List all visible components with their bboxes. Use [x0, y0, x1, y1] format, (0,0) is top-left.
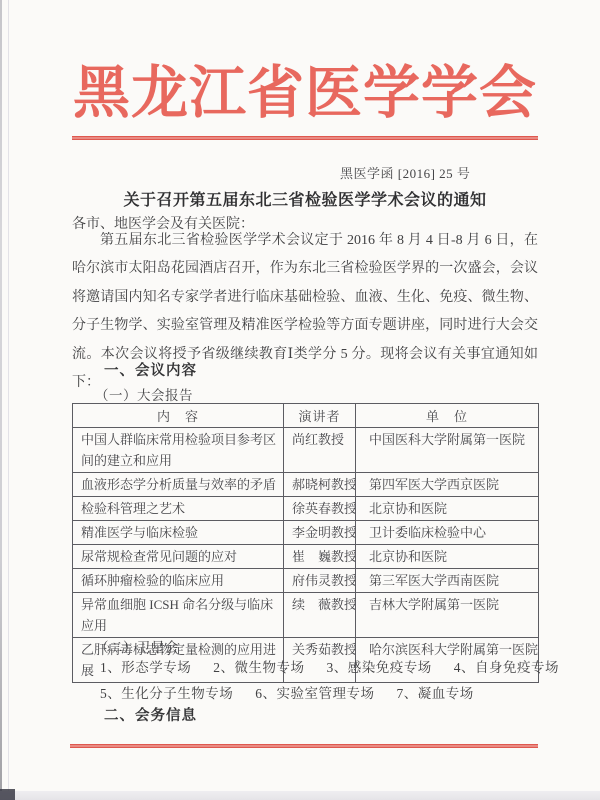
topic-cell: 检验科管理之艺术 [73, 497, 284, 521]
speaker-cell: 崔 巍教授 [284, 545, 356, 569]
scanned-document-page: 黑龙江省医学学会 黑医学函 [2016] 25 号 关于召开第五届东北三省检验医… [0, 0, 600, 800]
affiliation-cell: 北京协和医院 [356, 497, 539, 521]
table-row: 血液形态学分析质量与效率的矛盾郝晓柯教授第四军医大学西京医院 [73, 473, 539, 497]
table-row: 精准医学与临床检验李金明教授卫计委临床检验中心 [73, 521, 539, 545]
affiliation-cell: 第三军医大学西南医院 [356, 569, 539, 593]
table-row: 循环肿瘤检验的临床应用府伟灵教授第三军医大学西南医院 [73, 569, 539, 593]
topic-cell: 中国人群临床常用检验项目参考区间的建立和应用 [73, 428, 284, 473]
satellite-lines: 1、形态学专场2、微生物专场3、感染免疫专场4、自身免疫专场5、生化分子生物专场… [100, 655, 560, 706]
table-row: 中国人群临床常用检验项目参考区间的建立和应用尚红教授中国医科大学附属第一医院 [73, 428, 539, 473]
scan-edge-left [0, 0, 2, 800]
table-row: 检验科管理之艺术徐英春教授北京协和医院 [73, 497, 539, 521]
satellite-heading: （二）卫星会 [95, 636, 179, 656]
affiliation-cell: 北京协和医院 [356, 545, 539, 569]
speaker-cell: 郝晓柯教授 [284, 473, 356, 497]
satellite-item: 7、凝血专场 [397, 686, 474, 701]
satellite-item: 5、生化分子生物专场 [100, 686, 233, 701]
scan-bottom-band [0, 791, 600, 800]
affiliation-cell: 中国医科大学附属第一医院 [356, 428, 539, 473]
speaker-cell: 尚红教授 [284, 428, 356, 473]
header-speaker: 演讲者 [284, 404, 356, 428]
satellite-line: 5、生化分子生物专场6、实验室管理专场7、凝血专场 [100, 681, 560, 707]
letterhead-rule [72, 136, 538, 140]
speaker-cell: 徐英春教授 [284, 497, 356, 521]
header-topic: 内 容 [73, 404, 284, 428]
speaker-cell: 李金明教授 [284, 521, 356, 545]
table-header-row: 内 容 演讲者 单 位 [73, 404, 539, 428]
section2-heading: 二、会务信息 [104, 704, 197, 725]
table-row: 尿常规检查常见问题的应对崔 巍教授北京协和医院 [73, 545, 539, 569]
affiliation-cell: 第四军医大学西京医院 [356, 473, 539, 497]
organization-title: 黑龙江省医学学会 [72, 64, 538, 124]
affiliation-cell: 吉林大学附属第一医院 [356, 593, 539, 638]
satellite-item: 3、感染免疫专场 [327, 660, 432, 675]
affiliation-cell: 卫计委临床检验中心 [356, 521, 539, 545]
speaker-cell: 府伟灵教授 [284, 569, 356, 593]
footer-rule [70, 744, 538, 748]
topic-cell: 异常血细胞 ICSH 命名分级与临床应用 [73, 593, 284, 638]
section1-sub-heading: （一）大会报告 [95, 384, 193, 404]
table-row: 异常血细胞 ICSH 命名分级与临床应用续 薇教授吉林大学附属第一医院 [73, 593, 539, 638]
topic-cell: 精准医学与临床检验 [73, 521, 284, 545]
satellite-item: 1、形态学专场 [100, 660, 191, 675]
satellite-item: 6、实验室管理专场 [255, 686, 374, 701]
topic-cell: 血液形态学分析质量与效率的矛盾 [73, 473, 284, 497]
topic-cell: 尿常规检查常见问题的应对 [73, 545, 284, 569]
header-affiliation: 单 位 [356, 404, 539, 428]
scan-edge-left-faint [8, 0, 9, 800]
satellite-item: 2、微生物专场 [213, 660, 304, 675]
satellite-line: 1、形态学专场2、微生物专场3、感染免疫专场4、自身免疫专场 [100, 655, 560, 681]
satellite-item: 4、自身免疫专场 [454, 660, 559, 675]
document-number: 黑医学函 [2016] 25 号 [340, 163, 470, 182]
speaker-cell: 续 薇教授 [284, 593, 356, 638]
section1-heading: 一、会议内容 [104, 359, 197, 380]
topic-cell: 循环肿瘤检验的临床应用 [73, 569, 284, 593]
document-title: 关于召开第五届东北三省检验医学学术会议的通知 [72, 187, 538, 210]
scan-corner-mark [0, 789, 15, 800]
